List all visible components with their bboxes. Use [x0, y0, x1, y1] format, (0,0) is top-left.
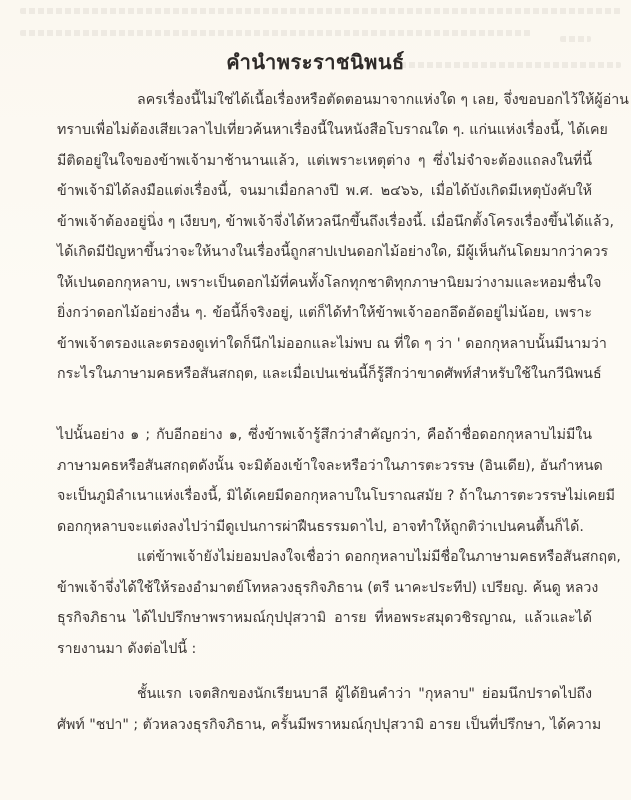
paragraph-line: ข้าพเจ้าตรองและตรองดูเท่าใดก็นึกไม่ออกแล…	[57, 334, 592, 354]
bleed-through-text	[20, 30, 531, 36]
paragraph-line: รายงานมา ดังต่อไปนี้ :	[57, 639, 592, 659]
paragraph-line: ให้เปนดอกกุหลาบ, เพราะเป็นดอกไม้ที่คนทั้…	[57, 273, 592, 293]
bleed-through-text	[560, 36, 591, 42]
paragraph-line: ยิ่งกว่าดอกไม้อย่างอื่น ๆ. ข้อนี้ก็จริงอ…	[57, 303, 592, 323]
paragraph-line: ทราบเพื่อไม่ต้องเสียเวลาไปเที่ยวค้นหาเรื…	[57, 120, 592, 140]
paragraph-line: จะเป็นภูมิลำเนาแห่งเรื่องนี้, มิได้เคยมี…	[57, 486, 592, 506]
paragraph-line: ธุรกิจภิธาน ได้ไปปรึกษาพราหมณ์กุปปุสวามิ…	[57, 608, 592, 628]
paragraph-line: ได้เกิดมีปัญหาขึ้นว่าจะให้นางในเรื่องนี้…	[57, 242, 592, 262]
bleed-through-text	[20, 8, 621, 14]
paragraph-line: ชั้นแรก เจตสิกของนักเรียนบาลี ผู้ได้ยินค…	[137, 684, 592, 704]
scanned-page: คำนำพระราชนิพนธ์ ลครเรื่องนี้ไม่ใช่ได้เน…	[0, 0, 631, 800]
page-title: คำนำพระราชนิพนธ์	[0, 46, 631, 78]
paragraph-line: ข้าพเจ้าจึ่งได้ใช้ให้รองอำมาตย์โทหลวงธุร…	[57, 578, 592, 598]
paragraph-line: ลครเรื่องนี้ไม่ใช่ได้เนื้อเรื่องหรือตัดต…	[137, 90, 592, 110]
paragraph-line: ข้าพเจ้าต้องอยู่นิ่ง ๆ เงียบๆ, ข้าพเจ้าจ…	[57, 212, 592, 232]
paragraph-line: ดอกกุหลาบจะแต่งลงไปว่ามีดูเปนการผ่าฝืนธร…	[57, 517, 592, 537]
paragraph-line: ไปนั้นอย่าง ๑ ; กับอีกอย่าง ๑, ซึ่งข้าพเ…	[57, 425, 592, 445]
paragraph-line: ศัพท์ "ชปา" ; ตัวหลวงธุรกิจภิธาน, ครั้นม…	[57, 715, 592, 735]
paragraph-line: กระไรในภาษามคธหรือสันสกฤต, และเมื่อเปนเช…	[57, 364, 592, 384]
paragraph-line: ข้าพเจ้ามิได้ลงมือแต่งเรื่องนี้, จนมาเมื…	[57, 181, 592, 201]
paragraph-line: มีติดอยู่ในใจของข้าพเจ้ามาช้านานแล้ว, แต…	[57, 151, 592, 171]
paragraph-line: ภาษามคธหรือสันสกฤตดังนั้น จะมิต้องเข้าใจ…	[57, 456, 592, 476]
paragraph-line: แต่ข้าพเจ้ายังไม่ยอมปลงใจเชื่อว่า ดอกกุห…	[137, 547, 592, 567]
